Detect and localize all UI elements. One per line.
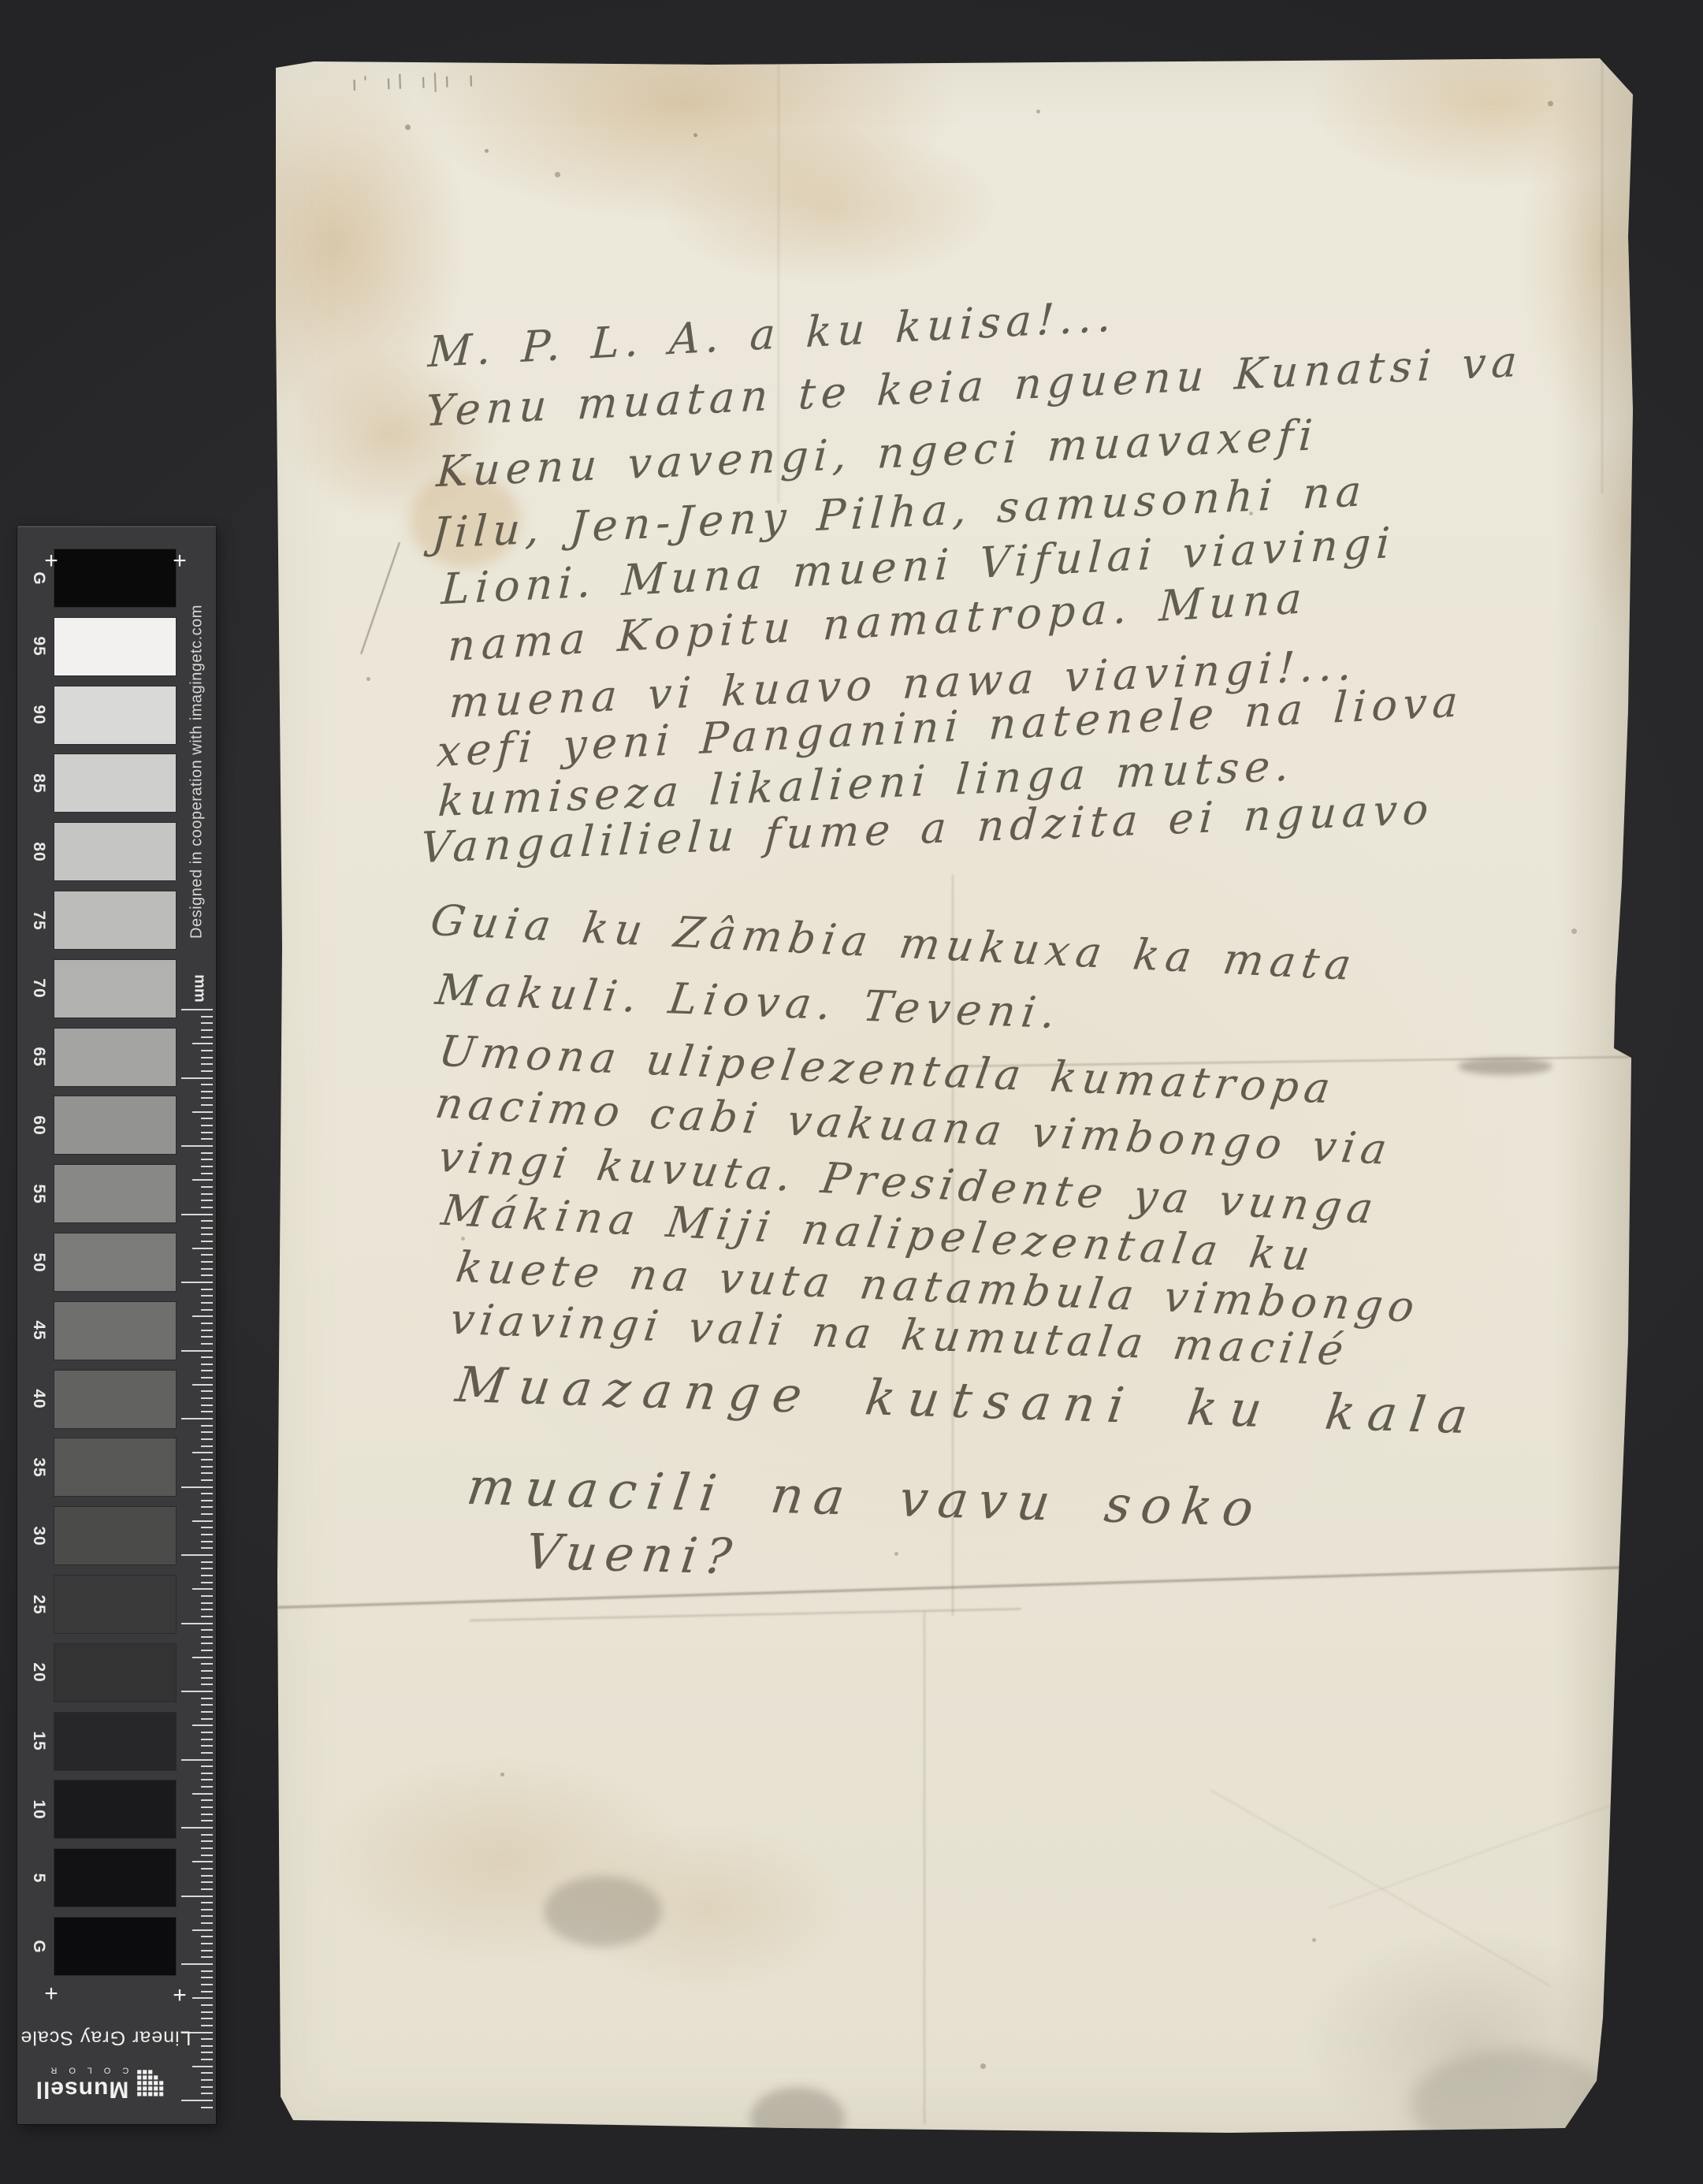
gray-patch [54, 1165, 176, 1222]
ruler-tick [201, 2025, 213, 2026]
stray-pencil-stroke [360, 542, 400, 654]
gray-patch-label: 30 [29, 1526, 48, 1546]
gray-patch [54, 823, 176, 880]
ruler-tick [201, 1254, 213, 1256]
ruler-tick [201, 1377, 213, 1378]
ruler-tick [201, 1568, 213, 1569]
gray-smudge-corner [1411, 2049, 1616, 2160]
gray-patch [54, 1507, 176, 1565]
gray-patch-label: 70 [29, 979, 48, 999]
ruler-tick [201, 1084, 213, 1085]
ruler-tick [201, 1132, 213, 1133]
ruler-tick [201, 2045, 213, 2047]
ruler-tick [201, 1091, 213, 1092]
gray-patch-label: 65 [29, 1047, 48, 1066]
ruler-tick [201, 1302, 213, 1304]
ruler-tick [192, 1111, 213, 1113]
ruler-tick [201, 1118, 213, 1119]
ruler-tick [201, 1799, 213, 1801]
ruler-tick [192, 1793, 213, 1795]
ruler-tick [181, 1486, 213, 1488]
ruler-tick [201, 1459, 213, 1460]
fold-crease-vertical-lower [924, 1612, 925, 2124]
gray-patch [54, 686, 176, 744]
gray-patch [54, 1096, 176, 1154]
gray-patch [54, 549, 176, 607]
ruler-tick [201, 1636, 213, 1638]
gray-patch-label: 85 [29, 773, 48, 793]
gray-patch-label: 55 [29, 1184, 48, 1204]
gray-patch-label: 45 [29, 1321, 48, 1341]
gray-patch [54, 1713, 176, 1770]
gray-patch [54, 1371, 176, 1428]
gray-patch [54, 1233, 176, 1291]
ruler-tick [192, 1929, 213, 1931]
ruler-tick [192, 1861, 213, 1862]
ruler-tick [201, 1016, 213, 1018]
ruler-tick [201, 1336, 213, 1338]
ruler-tick [181, 1077, 213, 1079]
ruler-tick [201, 1289, 213, 1290]
ruler-tick [201, 1200, 213, 1201]
ruler-tick [201, 1541, 213, 1542]
gray-patch [54, 891, 176, 949]
ruler-tick [201, 1670, 213, 1672]
ruler-tick [201, 2018, 213, 2019]
handwriting-line: Makuli. Liova. Teveni. [433, 965, 1065, 1038]
ruler-tick [201, 1104, 213, 1106]
ruler-tick [201, 1677, 213, 1679]
ruler-tick [201, 1779, 213, 1780]
ruler-tick [201, 1125, 213, 1126]
fold-crease-vertical-right [1601, 60, 1603, 493]
ruler-tick [201, 1268, 213, 1270]
handwritten-letter: ı' ıl ı|ı ı M. P. L. A. a ku kuisa!...Ye… [265, 55, 1649, 2137]
ruler-tick [181, 1554, 213, 1556]
ruler-tick [201, 1847, 213, 1849]
ruler-tick [201, 1650, 213, 1651]
ruler-tick [201, 1561, 213, 1563]
ruler-tick [201, 1609, 213, 1610]
gray-patch-label: 95 [29, 637, 48, 657]
foxing-specks [265, 55, 267, 58]
ruler-tick [201, 1466, 213, 1468]
ruler-tick [192, 1043, 213, 1044]
ruler-tick [201, 1070, 213, 1072]
ruler-tick [201, 2093, 213, 2094]
ruler-tick [192, 1657, 213, 1658]
ruler-tick [201, 1370, 213, 1371]
brand-subtitle: C O L O R [35, 2066, 129, 2075]
gray-patch [54, 618, 176, 675]
ruler-tick [201, 1057, 213, 1059]
ruler-tick [201, 1330, 213, 1331]
ruler-tick [201, 2052, 213, 2053]
ruler-tick [201, 1739, 213, 1740]
ruler-tick [201, 1915, 213, 1917]
ruler-tick [201, 1616, 213, 1617]
ruler-tick [192, 2066, 213, 2067]
ruler-tick [201, 1472, 213, 1474]
ruler-tick [201, 1309, 213, 1311]
registration-mark: + [44, 1981, 58, 2007]
gray-patch-label: 20 [29, 1663, 48, 1683]
gray-patch-label: 80 [29, 842, 48, 861]
ruler-tick [201, 1323, 213, 1324]
fold-crease-horizontal-secondary [470, 1608, 1021, 1621]
ruler-tick [201, 1773, 213, 1774]
ruler-tick [201, 1684, 213, 1685]
ruler-tick [201, 2059, 213, 2060]
ruler-tick [201, 1820, 213, 1821]
ruler-tick [181, 1282, 213, 1283]
ruler-tick [201, 1950, 213, 1951]
strip-title: Linear Gray Scale [20, 2026, 191, 2049]
ruler-tick [201, 1991, 213, 1992]
ruler-tick [201, 2079, 213, 2081]
ruler-tick [201, 1159, 213, 1160]
handwriting-line: Vueni? [522, 1523, 743, 1585]
gray-patch [54, 1918, 176, 1975]
gray-patch-label: G [29, 1940, 48, 1953]
ruler-tick [201, 1343, 213, 1345]
ruler-tick [201, 1397, 213, 1399]
brand-name: Munsell [35, 2078, 129, 2101]
gray-patch [54, 1849, 176, 1907]
ruler-tick [201, 1547, 213, 1549]
ruler-tick [201, 1438, 213, 1440]
ruler-tick [201, 1711, 213, 1713]
registration-mark: + [173, 548, 187, 575]
ruler-tick [192, 1588, 213, 1590]
ruler-tick [201, 1806, 213, 1808]
gray-patch-label: 40 [29, 1389, 48, 1408]
ruler-tick [192, 1725, 213, 1726]
ruler-tick [201, 1765, 213, 1767]
ruler-tick [201, 1970, 213, 1972]
ruler-tick [201, 1173, 213, 1174]
ruler-tick [201, 1582, 213, 1583]
gray-patch-label: 35 [29, 1457, 48, 1477]
ruler-tick [201, 1138, 213, 1140]
faint-pencil-marks: ı' ıl ı|ı ı [351, 67, 481, 96]
ruler-tick [181, 1827, 213, 1829]
ruler-tick [201, 1390, 213, 1392]
ruler-tick [201, 1425, 213, 1427]
fold-crease-horizontal-main [277, 1566, 1635, 1609]
ruler-tick [201, 1704, 213, 1706]
ruler-tick [181, 1691, 213, 1692]
ruler-tick [201, 1745, 213, 1747]
ruler-tick [192, 1248, 213, 1249]
ruler-tick [201, 1868, 213, 1870]
ruler-tick [192, 1179, 213, 1181]
ruler-tick [201, 2004, 213, 2006]
ruler-tick [181, 1350, 213, 1352]
gray-patch-label: 15 [29, 1731, 48, 1751]
ruler-tick [201, 1732, 213, 1733]
ruler-tick [201, 1855, 213, 1856]
ruler-tick [201, 1902, 213, 1903]
gray-patch [54, 1029, 176, 1086]
ruler-tick [201, 1834, 213, 1836]
gray-patch-label: 50 [29, 1252, 48, 1272]
ruler-tick [181, 2100, 213, 2101]
ruler-tick [201, 1479, 213, 1481]
ruler-tick [201, 1786, 213, 1788]
ruler-tick [181, 1214, 213, 1215]
ruler-tick [181, 1009, 213, 1010]
photograph-background: G9590858075706560555045403530252015105G … [0, 0, 1703, 2184]
ruler-tick [181, 1145, 213, 1147]
ruler-tick [192, 1997, 213, 1999]
registration-mark: + [44, 548, 58, 575]
ruler-tick [201, 1233, 213, 1235]
ruler-tick [201, 1977, 213, 1978]
registration-mark: + [173, 1982, 187, 2009]
gray-patch [54, 1644, 176, 1702]
ruler-tick [201, 1575, 213, 1576]
ruler-tick [201, 1022, 213, 1024]
gray-patch [54, 1780, 176, 1838]
gray-patch-label: 10 [29, 1799, 48, 1819]
ruler-tick [201, 1186, 213, 1188]
ruler-tick [201, 1431, 213, 1433]
ruler-tick [201, 1261, 213, 1263]
ruler-tick [201, 1097, 213, 1099]
ruler-tick [201, 1063, 213, 1065]
ruler-tick [201, 1356, 213, 1358]
munsell-logo: Munsell C O L O R [35, 2066, 164, 2101]
gray-patch [54, 754, 176, 812]
ruler-tick [201, 1166, 213, 1167]
pencil-smudge [750, 2087, 845, 2150]
ruler-tick [201, 1752, 213, 1754]
ruler-tick [201, 1936, 213, 1937]
ruler-tick [201, 2072, 213, 2074]
crease-smudge [1458, 1058, 1552, 1075]
ruler-tick [201, 1956, 213, 1958]
ruler-tick [201, 2011, 213, 2013]
gray-patch [54, 1576, 176, 1633]
ruler-tick [201, 1207, 213, 1208]
ruler-tick [201, 1227, 213, 1229]
ruler-tick [201, 1840, 213, 1842]
ruler-tick [201, 1527, 213, 1528]
ruler-tick [192, 1315, 213, 1317]
ruler-tick [181, 1896, 213, 1897]
gray-patch [54, 960, 176, 1018]
gray-patch-label: 5 [29, 1873, 48, 1883]
ruler-tick [201, 2107, 213, 2108]
ruler-tick [201, 1241, 213, 1242]
ruler-tick [201, 1050, 213, 1051]
ruler-tick [201, 1445, 213, 1447]
ruler-tick [201, 1036, 213, 1038]
gray-scale-strip: G9590858075706560555045403530252015105G … [17, 526, 216, 2124]
ruler-tick [201, 1881, 213, 1883]
ruler-tick [201, 1943, 213, 1944]
strip-credit-text: Designed in cooperation with imagingetc.… [188, 547, 206, 996]
ruler-tick [201, 1500, 213, 1501]
ruler-tick [201, 1643, 213, 1644]
ruler-tick [201, 1152, 213, 1154]
ruler-tick [201, 1220, 213, 1222]
munsell-grid-icon [136, 2070, 163, 2097]
ruler-tick [201, 1909, 213, 1911]
ruler-tick [201, 1888, 213, 1890]
ruler-tick [201, 1029, 213, 1031]
gray-patch-label: 75 [29, 910, 48, 930]
ruler-tick [201, 1663, 213, 1665]
pencil-smudge [544, 1876, 662, 1947]
ruler-tick [201, 1534, 213, 1535]
ruler-tick [201, 1411, 213, 1412]
gray-patch [54, 1302, 176, 1360]
ruler-tick [181, 1418, 213, 1419]
ruler-tick [181, 1759, 213, 1761]
gray-patch-label: 60 [29, 1115, 48, 1135]
ruler-tick [192, 1520, 213, 1522]
ruler-tick [201, 1718, 213, 1720]
ruler-tick [201, 1193, 213, 1195]
ruler-tick [201, 2086, 213, 2088]
ruler-tick [181, 1623, 213, 1624]
ruler-tick [201, 2038, 213, 2040]
ruler-tick [201, 1405, 213, 1406]
ruler-tick [192, 1452, 213, 1453]
gray-patch-label: 90 [29, 705, 48, 724]
ruler-tick [181, 1963, 213, 1965]
ruler-tick [201, 1493, 213, 1494]
ruler-tick [201, 1595, 213, 1597]
gray-patch [54, 1438, 176, 1496]
gray-patch-label: 25 [29, 1594, 48, 1614]
ruler-tick [201, 1506, 213, 1508]
ruler-tick [201, 1875, 213, 1877]
ruler-tick [201, 1513, 213, 1515]
ruler-tick [201, 1274, 213, 1276]
ruler-tick [201, 1698, 213, 1699]
ruler-tick [201, 1984, 213, 1985]
munsell-wordmark: Munsell C O L O R [35, 2066, 129, 2101]
ruler-tick [201, 1629, 213, 1631]
ruler-unit-label: mm [191, 974, 209, 1003]
ruler-tick [201, 1364, 213, 1365]
ruler-tick [192, 1384, 213, 1386]
ruler-tick [201, 1814, 213, 1815]
ruler-tick [201, 1295, 213, 1297]
ruler-tick [201, 1922, 213, 1924]
ruler-tick [201, 1602, 213, 1604]
